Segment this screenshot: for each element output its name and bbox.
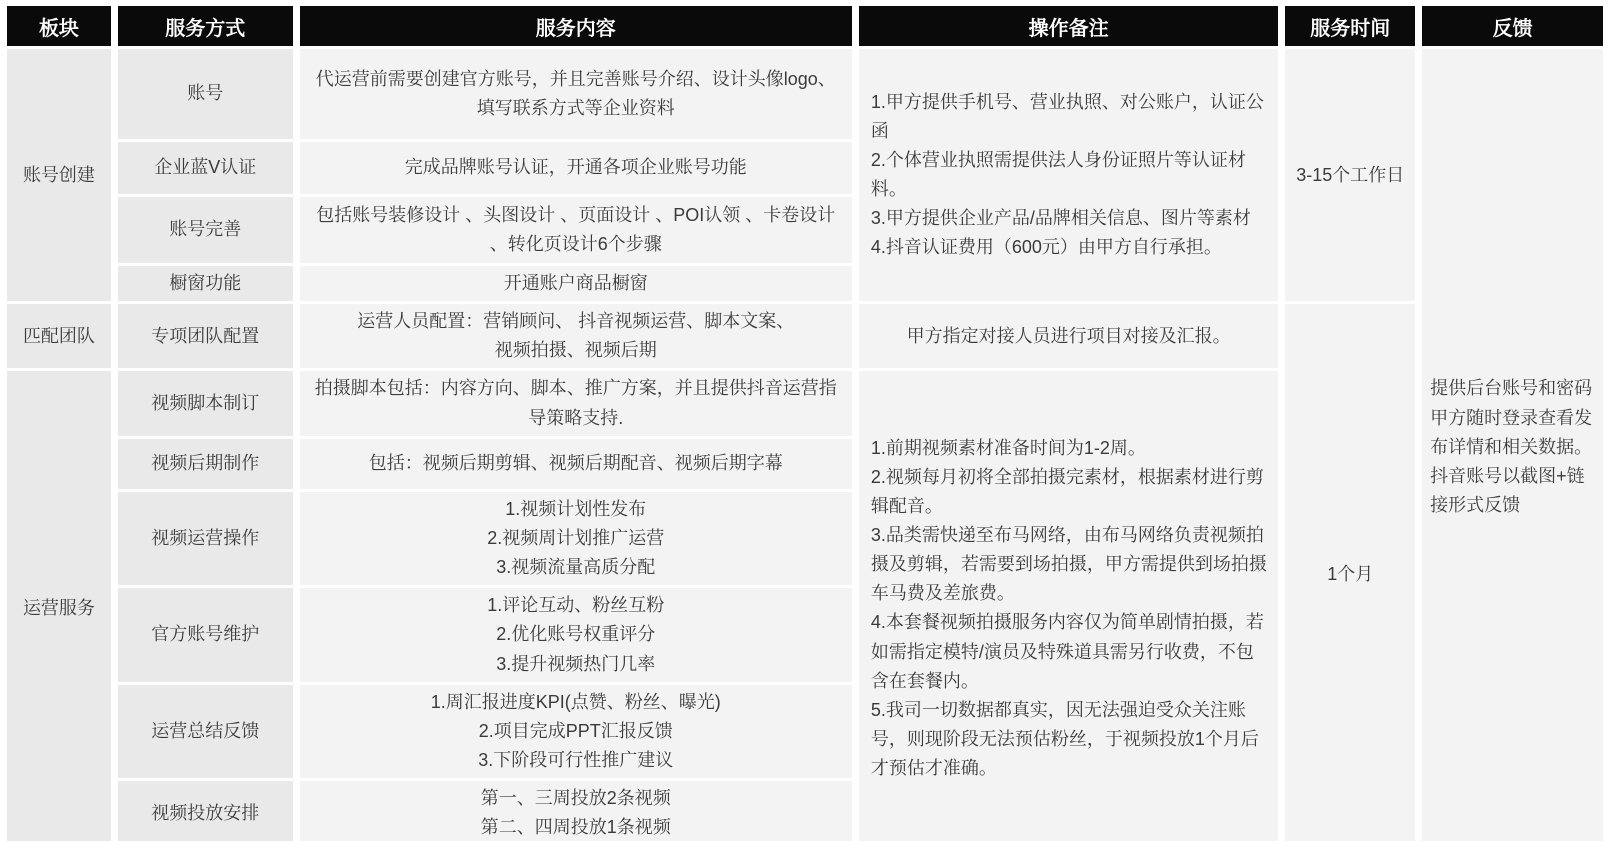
method-cell-script: 视频脚本制订 bbox=[118, 371, 293, 435]
method-cell-video-operation: 视频运营操作 bbox=[118, 492, 293, 585]
content-cell: 代运营前需要创建官方账号，并且完善账号介绍、设计头像logo、填写联系方式等企业… bbox=[300, 49, 852, 139]
col-header-service-content: 服务内容 bbox=[300, 6, 852, 46]
method-cell-showcase: 橱窗功能 bbox=[118, 266, 293, 301]
remark-cell-operation-service: 1.前期视频素材准备时间为1-2周。 2.视频每月初将全部拍摄完素材，根据素材进… bbox=[859, 371, 1278, 841]
method-cell-blue-v: 企业蓝V认证 bbox=[118, 142, 293, 194]
service-plan-table: 板块 服务方式 服务内容 操作备注 服务时间 反馈 账号创建 账号 代运营前需要… bbox=[0, 3, 1610, 841]
col-header-feedback: 反馈 bbox=[1422, 6, 1603, 46]
section-cell-team-matching: 匹配团队 bbox=[7, 304, 111, 368]
content-cell: 1.视频计划性发布 2.视频周计划推广运营 3.视频流量高质分配 bbox=[300, 492, 852, 585]
method-cell-account-polish: 账号完善 bbox=[118, 197, 293, 263]
content-cell: 1.周汇报进度KPI(点赞、粉丝、曝光) 2.项目完成PPT汇报反馈 3.下阶段… bbox=[300, 685, 852, 778]
content-cell: 运营人员配置：营销顾问、 抖音视频运营、脚本文案、 视频拍摄、视频后期 bbox=[300, 304, 852, 368]
method-cell-account: 账号 bbox=[118, 49, 293, 139]
time-cell-operation: 1个月 bbox=[1285, 304, 1415, 841]
method-cell-team-config: 专项团队配置 bbox=[118, 304, 293, 368]
time-cell-account-creation: 3-15个工作日 bbox=[1285, 49, 1415, 301]
method-cell-release-schedule: 视频投放安排 bbox=[118, 781, 293, 841]
content-cell: 包括：视频后期剪辑、视频后期配音、视频后期字幕 bbox=[300, 439, 852, 489]
content-cell: 第一、三周投放2条视频 第二、四周投放1条视频 bbox=[300, 781, 852, 841]
table-row: 账号创建 账号 代运营前需要创建官方账号，并且完善账号介绍、设计头像logo、填… bbox=[7, 49, 1603, 139]
col-header-service-method: 服务方式 bbox=[118, 6, 293, 46]
header-row: 板块 服务方式 服务内容 操作备注 服务时间 反馈 bbox=[7, 6, 1603, 46]
section-cell-account-creation: 账号创建 bbox=[7, 49, 111, 301]
section-cell-operation-service: 运营服务 bbox=[7, 371, 111, 841]
method-cell-summary-feedback: 运营总结反馈 bbox=[118, 685, 293, 778]
content-cell: 开通账户商品橱窗 bbox=[300, 266, 852, 301]
remark-cell-account-creation: 1.甲方提供手机号、营业执照、对公账户，认证公函 2.个体营业执照需提供法人身份… bbox=[859, 49, 1278, 301]
table-row: 匹配团队 专项团队配置 运营人员配置：营销顾问、 抖音视频运营、脚本文案、 视频… bbox=[7, 304, 1603, 368]
feedback-cell: 提供后台账号和密码 甲方随时登录查看发布详情和相关数据。 抖音账号以截图+链接形… bbox=[1422, 49, 1603, 841]
page: 板块 服务方式 服务内容 操作备注 服务时间 反馈 账号创建 账号 代运营前需要… bbox=[0, 0, 1610, 841]
method-cell-post-production: 视频后期制作 bbox=[118, 439, 293, 489]
content-cell: 完成品牌账号认证，开通各项企业账号功能 bbox=[300, 142, 852, 194]
content-cell: 1.评论互动、粉丝互粉 2.优化账号权重评分 3.提升视频热门几率 bbox=[300, 588, 852, 681]
col-header-section: 板块 bbox=[7, 6, 111, 46]
content-cell: 包括账号装修设计 、头图设计 、页面设计 、POI认领 、卡卷设计 、转化页设计… bbox=[300, 197, 852, 263]
remark-cell-team-matching: 甲方指定对接人员进行项目对接及汇报。 bbox=[859, 304, 1278, 368]
method-cell-account-maintenance: 官方账号维护 bbox=[118, 588, 293, 681]
col-header-operation-notes: 操作备注 bbox=[859, 6, 1278, 46]
content-cell: 拍摄脚本包括：内容方向、脚本、推广方案，并且提供抖音运营指导策略支持. bbox=[300, 371, 852, 435]
col-header-service-time: 服务时间 bbox=[1285, 6, 1415, 46]
